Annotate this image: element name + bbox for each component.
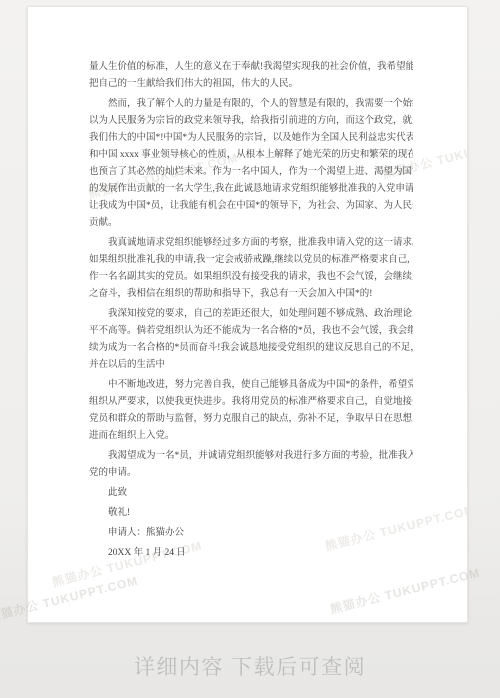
document-body: 量人生价值的标准，人生的意义在于奉献!我渴望实现我的社会价值，我希望能把自己的一… bbox=[28, 7, 467, 562]
document-line: 申请人：熊猫办公 bbox=[89, 525, 413, 542]
document-line: 贡献。 bbox=[89, 215, 413, 232]
document-preview-viewport[interactable]: 熊猫办公 TUKUPPT.COM 熊猫办公 TUKUPPT.COM 熊猫办公 T… bbox=[0, 0, 500, 698]
document-page: 熊猫办公 TUKUPPT.COM 熊猫办公 TUKUPPT.COM 熊猫办公 T… bbox=[27, 6, 468, 623]
document-line: 20XX 年 1 月 24 日 bbox=[89, 545, 413, 562]
document-line: 中不断地改进，努力完善自我，使自己能够具备成为中国*的条件，希望党 bbox=[89, 377, 413, 394]
document-line: 的发展作出贡献的一名大学生,我在此诚恳地请求党组织能够批准我的入党申请， bbox=[89, 181, 413, 198]
document-line: 以为人民服务为宗旨的政党来领导我，给我指引前进的方向，而这个政党，就是 bbox=[89, 113, 413, 130]
document-line: 我渴望成为一名*员，并诚请党组织能够对我进行多方面的考验，批准我入 bbox=[89, 448, 413, 465]
document-line: 和中国 xxxx 事业领导核心的性质，从根本上解释了她光荣的历史和繁荣的现在， bbox=[89, 147, 413, 164]
document-line: 作一名名副其实的党员。如果组织没有接受我的请求，我也不会气馁，会继续为 bbox=[89, 269, 413, 286]
document-line: 敬礼! bbox=[89, 505, 413, 522]
document-line: 此致 bbox=[89, 485, 413, 502]
document-line: 平不高等。倘若党组织认为还不能成为一名合格的*员，我也不会气馁，我会继 bbox=[89, 323, 413, 340]
document-line: 我真诚地请求党组织能够经过多方面的考察，批准我申请入党的这一请求。 bbox=[89, 235, 413, 252]
document-line: 如果组织批准礼我的申请,我一定会戒骄戒躁,继续以党员的标准严格要求自己, bbox=[89, 252, 413, 269]
document-line: 我深知按党的要求，自己的差距还很大，如处理问题不够成熟、政治理论水 bbox=[89, 306, 413, 323]
document-line: 之奋斗，我相信在组织的帮助和指导下，我总有一天会加入中国*的! bbox=[89, 286, 413, 303]
document-line: 让我成为中国*员，让我能有机会在中国*的领导下，为社会、为国家、为人民作 bbox=[89, 198, 413, 215]
document-line: 续为成为一名合格的*员而奋斗!我会诚恳地接受党组织的建议反思自己的不足， bbox=[89, 340, 413, 357]
document-line: 党的申请。 bbox=[89, 465, 413, 482]
document-line: 进而在组织上入党。 bbox=[89, 428, 413, 445]
document-line: 我们伟大的中国*!中国*为人民服务的宗旨，以及她作为全国人民利益忠实代表 bbox=[89, 130, 413, 147]
document-line: 然而，我了解个人的力量是有限的，个人的智慧是有限的，我需要一个始终 bbox=[89, 96, 413, 113]
document-line: 量人生价值的标准，人生的意义在于奉献!我渴望实现我的社会价值，我希望能 bbox=[89, 59, 413, 76]
document-line: 并在以后的生活中 bbox=[89, 357, 413, 374]
document-line: 组织从严要求，以使我更快进步。我将用党员的标准严格要求自己，自觉地接受 bbox=[89, 394, 413, 411]
document-line: 党员和群众的帮助与监督，努力克服自己的缺点，弥补不足，争取早日在思想上， bbox=[89, 411, 413, 428]
document-line: 也预言了其必然的灿烂未来。作为一名中国人，作为一个渴望上进、渴望为国家 bbox=[89, 164, 413, 181]
document-line: 把自己的一生献给我们伟大的祖国，伟大的人民。 bbox=[89, 76, 413, 93]
download-notice: 详细内容 下载后可查阅 bbox=[0, 651, 500, 681]
